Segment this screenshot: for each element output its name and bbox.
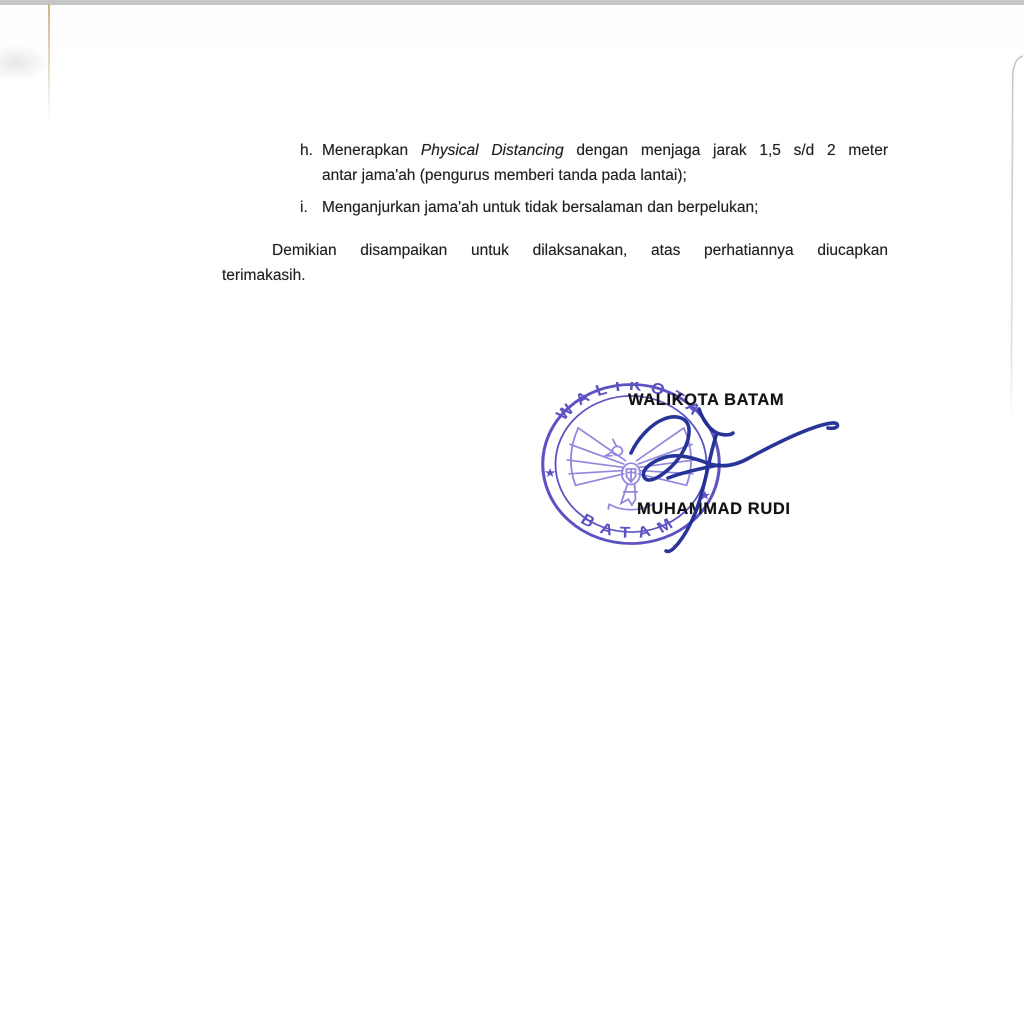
list-marker-i: i. [300, 195, 322, 220]
scan-smudge [0, 44, 52, 82]
letter-body: h. Menerapkan Physical Distancing dengan… [222, 138, 888, 288]
list-marker-h: h. [300, 138, 322, 188]
list-item-h: h. Menerapkan Physical Distancing dengan… [300, 138, 888, 188]
signature-stem-stroke [666, 409, 733, 551]
scanned-letter-page: h. Menerapkan Physical Distancing dengan… [0, 0, 1024, 1021]
closing-paragraph: Demikian disampaikan untuk dilaksanakan,… [222, 238, 888, 288]
closing-line2: terimakasih. [222, 267, 306, 284]
star-icon: ★ [544, 466, 556, 480]
item-h-italic-term: Physical Distancing [421, 142, 564, 159]
item-h-suffix: dengan menjaga jarak 1,5 s/d 2 meter [564, 142, 888, 159]
signature-cross-stroke [668, 465, 719, 478]
list-item-i-text: Menganjurkan jama'ah untuk tidak bersala… [322, 195, 888, 220]
list-item-h-text: Menerapkan Physical Distancing dengan me… [322, 138, 888, 188]
signature-main-stroke [631, 417, 838, 480]
list-item-h-line2: antar jama'ah (pengurus memberi tanda pa… [322, 167, 687, 184]
scan-top-edge [0, 0, 1024, 5]
list-item-h-line1: Menerapkan Physical Distancing dengan me… [322, 138, 888, 163]
letter-list: h. Menerapkan Physical Distancing dengan… [300, 138, 888, 220]
item-h-prefix: Menerapkan [322, 142, 421, 159]
closing-line1: Demikian disampaikan untuk dilaksanakan,… [222, 238, 888, 263]
signature-ink [615, 400, 845, 560]
list-item-i: i. Menganjurkan jama'ah untuk tidak bers… [300, 195, 888, 220]
